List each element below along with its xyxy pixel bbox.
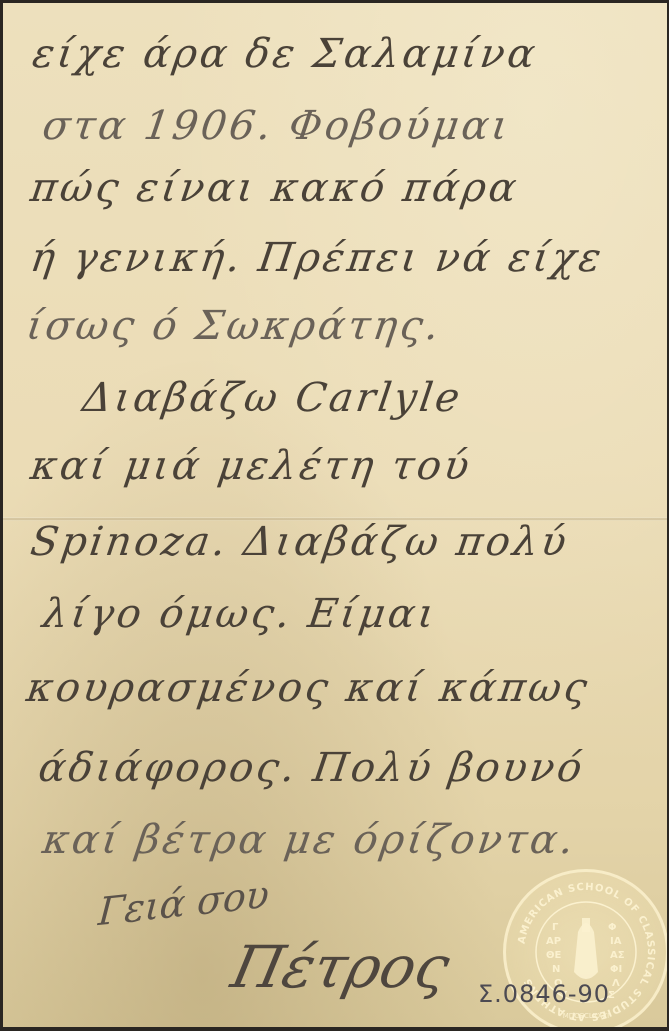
svg-text:ΑΣ: ΑΣ [610,950,625,961]
closing-greeting: Γειά σου [97,872,271,934]
archive-number: Σ.0846-90 [478,980,610,1008]
handwritten-line-7: καί μιά μελέτη τού [28,443,475,489]
handwritten-line-11: άδιάφορος. Πολύ βουνό [36,745,588,791]
handwritten-line-3: πώς είναι κακό πάρα [28,165,522,211]
svg-text:Λ: Λ [612,978,620,989]
svg-text:ΑΡ: ΑΡ [546,936,561,947]
handwritten-line-5: ίσως ό Σωκράτης. [24,303,445,349]
svg-text:ΦΙ: ΦΙ [610,964,622,975]
signature: Πέτρος [226,933,456,1001]
handwritten-line-6: Διαβάζω Carlyle [80,375,466,421]
handwritten-line-1: είχε άρα δε Σαλαμίνα [30,31,541,77]
handwritten-line-10: κουρασμένος καί κάπως [24,665,593,711]
letter-page: είχε άρα δε Σαλαμίνα στα 1906. Φοβούμαι … [3,3,667,1027]
svg-text:Γ: Γ [552,922,559,933]
handwritten-line-4: ή γενική. Πρέπει νά είχε [28,235,607,281]
svg-text:MDCCCLXXXI: MDCCCLXXXI [563,1012,609,1020]
handwritten-line-9: λίγο όμως. Είμαι [40,591,440,637]
svg-text:Φ: Φ [608,922,617,933]
svg-text:ΙΑ: ΙΑ [610,936,622,947]
svg-text:ΘΕ: ΘΕ [546,950,562,961]
handwritten-line-12: καί βέτρα με όρίζοντα. [40,817,579,863]
svg-text:Ν: Ν [552,964,560,975]
handwritten-line-2: στα 1906. Φοβούμαι [40,103,514,149]
handwritten-line-8: Spinoza. Διαβάζω πολύ [28,519,572,565]
